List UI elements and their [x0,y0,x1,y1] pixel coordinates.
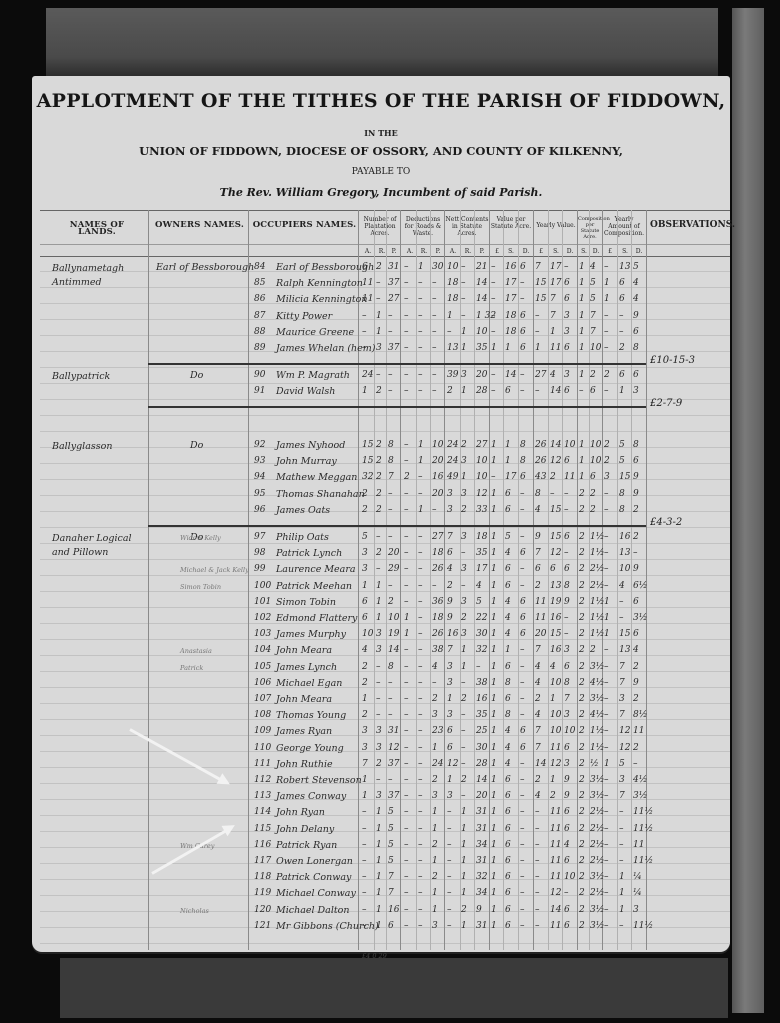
cell-stat: – [461,743,466,753]
cell-plant: 1 [376,872,382,882]
cell-cpa: 1½ [590,532,604,542]
cell-yv: 15 [535,278,546,288]
cell-yc: – [633,759,638,769]
occupier-name: David Walsh [276,386,335,397]
cell-cpa: 2 [579,678,585,688]
owner-name: Earl of Bessborough [156,262,254,273]
cell-ded: 23 [432,726,443,736]
cell-yc: – [604,548,609,558]
row-number: 94 [254,472,265,482]
cell-ded: – [432,386,437,396]
cell-yv: – [564,505,569,515]
cell-vpa: – [491,311,496,321]
subheader-sub_arp: P. [476,248,488,255]
cell-yc: 12 [619,726,630,736]
occupier-name: Wm P. Magrath [276,370,350,381]
cell-stat: – [461,548,466,558]
cell-yc: 1 [604,278,610,288]
cell-stat: 30 [476,743,487,753]
cell-plant: – [376,662,381,672]
cell-stat: – [461,726,466,736]
cell-yv: 43 [535,472,546,482]
cell-yc: 3½ [633,613,647,623]
cell-yv: – [535,872,540,882]
cell-ded: 1 [432,807,438,817]
cell-yv: 7 [564,694,570,704]
cell-plant: – [388,532,393,542]
occupier-name: James Whelan (hem) [276,343,376,354]
row-number: 96 [254,505,265,515]
section-rule [148,363,646,365]
section-total: £10-15-3 [650,355,695,366]
row-number: 112 [254,775,271,785]
cell-ded: 1 [432,743,438,753]
cell-yc: 9 [633,678,639,688]
cell-ded: – [404,856,409,866]
cell-plant: 1 [376,905,382,915]
cell-cpa: 2½ [590,840,604,850]
cell-ded: 20 [432,489,443,499]
cell-vpa: – [520,791,525,801]
occupier-name: Patrick Lynch [276,548,342,559]
cell-vpa: 1 [505,343,511,353]
cell-ded: – [418,597,423,607]
cell-yc: – [604,678,609,688]
cell-vpa: 6 [520,629,526,639]
row-number: 101 [254,597,271,607]
cell-cpa: 1½ [590,548,604,558]
cell-yv: 7 [535,743,541,753]
row-number: 110 [254,743,271,753]
occupier-name: John Meara [276,694,332,705]
cell-plant: 31 [388,262,399,272]
cell-yv: 2 [550,791,556,801]
cell-stat: 3 [461,489,467,499]
occupier-name: Milicia Kennington [276,294,367,305]
cell-ded: 26 [432,629,443,639]
cell-plant: – [388,370,393,380]
incumbent-line: The Rev. William Gregory, Incumbent of s… [32,186,730,199]
cell-ded: – [432,278,437,288]
cell-vpa: 6 [505,564,511,574]
cell-yc: 4 [633,294,639,304]
cell-yv: 11 [535,613,546,623]
cell-plant: 2 [376,505,382,515]
cell-cpa: – [579,386,584,396]
cell-vpa: – [491,278,496,288]
cell-yc: – [604,645,609,655]
row-number: 118 [254,872,271,882]
cell-plant: 31 [388,726,399,736]
cell-yv: 7 [535,726,541,736]
cell-plant: 2 [376,489,382,499]
cell-ded: – [418,613,423,623]
cell-stat: 1 [461,824,467,834]
cell-ded: – [432,370,437,380]
cell-plant: 3 [376,743,382,753]
cell-ded: – [418,548,423,558]
cell-yv: – [535,856,540,866]
cell-yc: – [619,856,624,866]
cell-ded: – [418,343,423,353]
cell-plant: 10 [362,629,373,639]
cell-stat: – [447,905,452,915]
row-number: 116 [254,840,271,850]
subheader-sub_arp: R. [376,248,388,255]
cell-plant: – [388,505,393,515]
cell-stat: – [461,262,466,272]
row-number: 99 [254,564,265,574]
cell-cpa: 1 [579,472,585,482]
cell-yc: – [604,824,609,834]
cell-cpa: 2 [579,856,585,866]
occupier-name: George Young [276,743,344,754]
cell-vpa: 6 [505,505,511,515]
cell-ded: 4 [432,662,438,672]
cell-yv: 4 [535,678,541,688]
cell-plant: – [376,278,381,288]
cell-cpa: 4½ [590,710,604,720]
cell-cpa: 1½ [590,597,604,607]
cell-stat: – [447,807,452,817]
ruled-lines [40,256,730,950]
cell-cpa: 2 [579,791,585,801]
cell-stat: 38 [476,678,487,688]
cell-ded: – [418,775,423,785]
row-number: 120 [254,905,271,915]
cell-yv: 1 [535,343,541,353]
cell-stat: – [461,294,466,304]
cell-ded: – [418,294,423,304]
cell-cpa: 3½ [590,872,604,882]
cell-yv: 3 [564,327,570,337]
cell-vpa: 1 [491,597,497,607]
cell-yv: 11 [550,921,561,931]
cell-stat: 25 [476,726,487,736]
cell-vpa: 1 [491,921,497,931]
subtitle-union: UNION OF FIDDOWN, DIOCESE OF OSSORY, AND… [32,144,730,158]
cell-plant: 3 [376,645,382,655]
cell-cpa: 1 [579,311,585,321]
cell-ded: 1 [418,456,424,466]
cell-yc: – [604,489,609,499]
occupier-name: John Delany [276,824,334,835]
occupier-name: Laurence Meara [276,564,356,575]
cell-plant: 7 [362,759,368,769]
cell-ded: – [418,921,423,931]
cell-vpa: 6 [520,311,526,321]
cell-cpa: 2 [590,489,596,499]
cell-vpa: 6 [505,386,511,396]
cell-yv: 4 [535,505,541,515]
cell-vpa: – [520,532,525,542]
cell-yv: 7 [535,645,541,655]
cell-yc: 6 [619,370,625,380]
cell-vpa: 6 [505,840,511,850]
cell-plant: 11 [362,294,373,304]
cell-ded: – [432,581,437,591]
cell-plant: – [376,564,381,574]
cell-stat: 1 [461,662,467,672]
cell-yv: 8 [535,489,541,499]
cell-yv: 7 [550,294,556,304]
cell-yc: 1 [619,905,625,915]
cell-yc: – [604,386,609,396]
cell-yv: – [550,489,555,499]
cell-ded: 2 [404,472,410,482]
cell-ded: 2 [432,775,438,785]
cell-stat: 2 [447,581,453,591]
cell-stat: – [447,840,452,850]
subheader-sub_arp: P. [432,248,444,255]
cell-vpa: 1 [491,440,497,450]
row-number: 91 [254,386,265,396]
cell-ded: 1 [404,613,410,623]
cell-plant: 2 [362,662,368,672]
cell-yv: 9 [535,532,541,542]
cell-vpa: 18 [505,311,516,321]
cell-yv: 6 [564,807,570,817]
cell-yc: 11½ [633,856,653,866]
cell-yv: – [535,840,540,850]
section-rule [148,406,646,408]
cell-yv: 6 [564,662,570,672]
cell-yv: 10 [564,440,575,450]
cell-yv: 3 [564,311,570,321]
occupier-name: John Meara [276,645,332,656]
subheader-sub_arp: R. [418,248,430,255]
cell-yv: 8 [564,581,570,591]
col-value-per-acre: Value per Statute Acre. [490,216,532,230]
cell-plant: 3 [362,564,368,574]
cell-vpa: 1 [491,710,497,720]
table-top-rule [40,210,730,211]
cell-cpa: 1 [579,327,585,337]
cell-yc: 6½ [633,581,647,591]
row-number: 109 [254,726,271,736]
cell-yc: 9 [633,489,639,499]
cell-plant: 15 [362,440,373,450]
cell-stat: 24 [447,440,458,450]
occupier-note: Widow Kelly [180,534,221,542]
subheader-sub_arp: A. [404,248,416,255]
cell-yc: 3 [619,775,625,785]
cell-stat: 3 [461,629,467,639]
row-number: 98 [254,548,265,558]
cell-stat: 28 [476,759,487,769]
cell-plant: 11 [362,278,373,288]
cell-stat: 1 [461,856,467,866]
cell-stat: 10 [447,262,458,272]
cell-vpa: 6 [520,548,526,558]
cell-stat: 2 [461,505,467,515]
cell-stat: 18 [476,532,487,542]
cell-yv: 10 [550,726,561,736]
cell-yc: 6 [619,294,625,304]
cell-cpa: 2 [579,662,585,672]
cell-ded: – [404,775,409,785]
cell-ded: 2 [432,694,438,704]
cell-yv: 11 [550,343,561,353]
cell-yc: 10 [619,564,630,574]
cell-vpa: 6 [505,872,511,882]
occupier-name: John Ruthie [276,759,333,770]
cell-vpa: 6 [505,694,511,704]
cell-yc: 8 [619,489,625,499]
row-number: 88 [254,327,265,337]
cell-stat: 2 [461,905,467,915]
cell-stat: 1 [461,645,467,655]
cell-stat: 1 [461,840,467,850]
cell-yc: 11 [633,840,644,850]
section-total: £4-3-2 [650,517,682,528]
cell-stat: – [461,791,466,801]
cell-yv: 26 [535,440,546,450]
cell-yc: 1 [604,629,610,639]
cell-vpa: 16 [505,262,516,272]
cell-cpa: 1 [579,278,585,288]
cell-stat: 6 [447,548,453,558]
cell-cpa: 6 [590,472,596,482]
cell-yc: 1 [604,597,610,607]
cell-yv: 12 [550,888,561,898]
cell-yc: 4 [633,278,639,288]
cell-yv: 20 [535,629,546,639]
row-number: 95 [254,489,265,499]
cell-plant: 5 [388,840,394,850]
cell-yv: – [535,327,540,337]
cell-vpa: 6 [505,888,511,898]
row-number: 86 [254,294,265,304]
subheader-sub_lsd: S. [505,248,517,255]
cell-ded: – [418,840,423,850]
cell-vpa: 8 [505,710,511,720]
cell-yc: – [604,262,609,272]
cell-plant: 7 [388,872,394,882]
cell-yc: 11½ [633,921,653,931]
cell-yc: – [604,505,609,515]
cell-vpa: – [520,370,525,380]
cell-stat: 10 [476,456,487,466]
cell-yv: 7 [535,548,541,558]
cell-yc: 1 [604,613,610,623]
cell-cpa: 2 [579,532,585,542]
cell-vpa: 5 [505,532,511,542]
cell-ded: – [404,726,409,736]
cell-plant: 2 [376,262,382,272]
cell-ded: – [404,888,409,898]
land-name: Ballynametagh Antimmed [52,262,144,290]
cell-yv: 14 [550,386,561,396]
cell-plant: – [376,294,381,304]
cell-ded: – [418,489,423,499]
cell-cpa: 2 [579,921,585,931]
row-number: 102 [254,613,271,623]
cell-cpa: 6 [590,386,596,396]
cell-yc: – [619,597,624,607]
cell-yv: 6 [564,743,570,753]
cell-stat: 6 [447,726,453,736]
cell-stat: 2 [461,694,467,704]
cell-vpa: – [520,386,525,396]
cell-yv: 4 [564,840,570,850]
cell-stat: 10 [476,327,487,337]
cell-yc: 15 [619,629,630,639]
cell-plant: 7 [388,472,394,482]
cell-vpa: 8 [505,678,511,688]
cell-yc: – [604,775,609,785]
cell-vpa: 6 [505,856,511,866]
cell-stat: 3 [447,662,453,672]
cell-ded: 20 [432,456,443,466]
cell-yv: 6 [535,564,541,574]
cell-vpa: – [491,370,496,380]
cell-yc: 2 [604,440,610,450]
cell-vpa: 1 [491,775,497,785]
cell-plant: 2 [376,440,382,450]
cell-ded: – [404,343,409,353]
cell-yv: 11 [550,840,561,850]
cell-cpa: 10 [590,343,601,353]
cell-stat: 14 [476,278,487,288]
column-subdivider [617,210,618,950]
cell-stat: 24 [447,456,458,466]
cell-cpa: 2 [579,807,585,817]
cell-stat: 1 [447,775,453,785]
occupier-note: Patrick [180,664,203,672]
cell-yv: – [535,311,540,321]
cell-stat: 28 [476,386,487,396]
cell-stat: 12 [476,489,487,499]
cell-ded: – [404,921,409,931]
cell-yv: 9 [564,791,570,801]
cell-ded: 3 [432,921,438,931]
cell-vpa: 1 [491,905,497,915]
cell-yc: – [604,532,609,542]
cell-cpa: 7 [590,311,596,321]
column-subdivider [374,210,375,950]
cell-stat: 1 [461,343,467,353]
cell-yc: 11½ [633,824,653,834]
cell-vpa: 4 [505,597,511,607]
cell-stat: 21 [476,262,487,272]
cell-cpa: 2 [579,888,585,898]
cell-cpa: 2½ [590,888,604,898]
cell-ded: – [418,791,423,801]
cell-vpa: – [520,840,525,850]
cell-vpa: 17 [505,472,516,482]
cell-stat: 3 [461,564,467,574]
cell-ded: – [432,505,437,515]
subheader-sub_arp: A. [362,248,374,255]
occupier-name: James Oats [276,505,330,516]
cell-yv: 15 [550,532,561,542]
cell-ded: 1 [418,262,424,272]
cell-ded: – [418,824,423,834]
cell-ded: – [404,370,409,380]
cell-yv: 2 [550,472,556,482]
cell-vpa: – [520,824,525,834]
subheader-sub_lsd: £ [535,248,547,255]
cell-yv: 13 [550,581,561,591]
cell-vpa: 1 [491,581,497,591]
cell-ded: 26 [432,564,443,574]
cell-plant: 8 [388,662,394,672]
cell-vpa: 1 [491,678,497,688]
cell-vpa: 6 [520,613,526,623]
cell-stat: 1 [461,888,467,898]
cell-stat: 3 [461,370,467,380]
